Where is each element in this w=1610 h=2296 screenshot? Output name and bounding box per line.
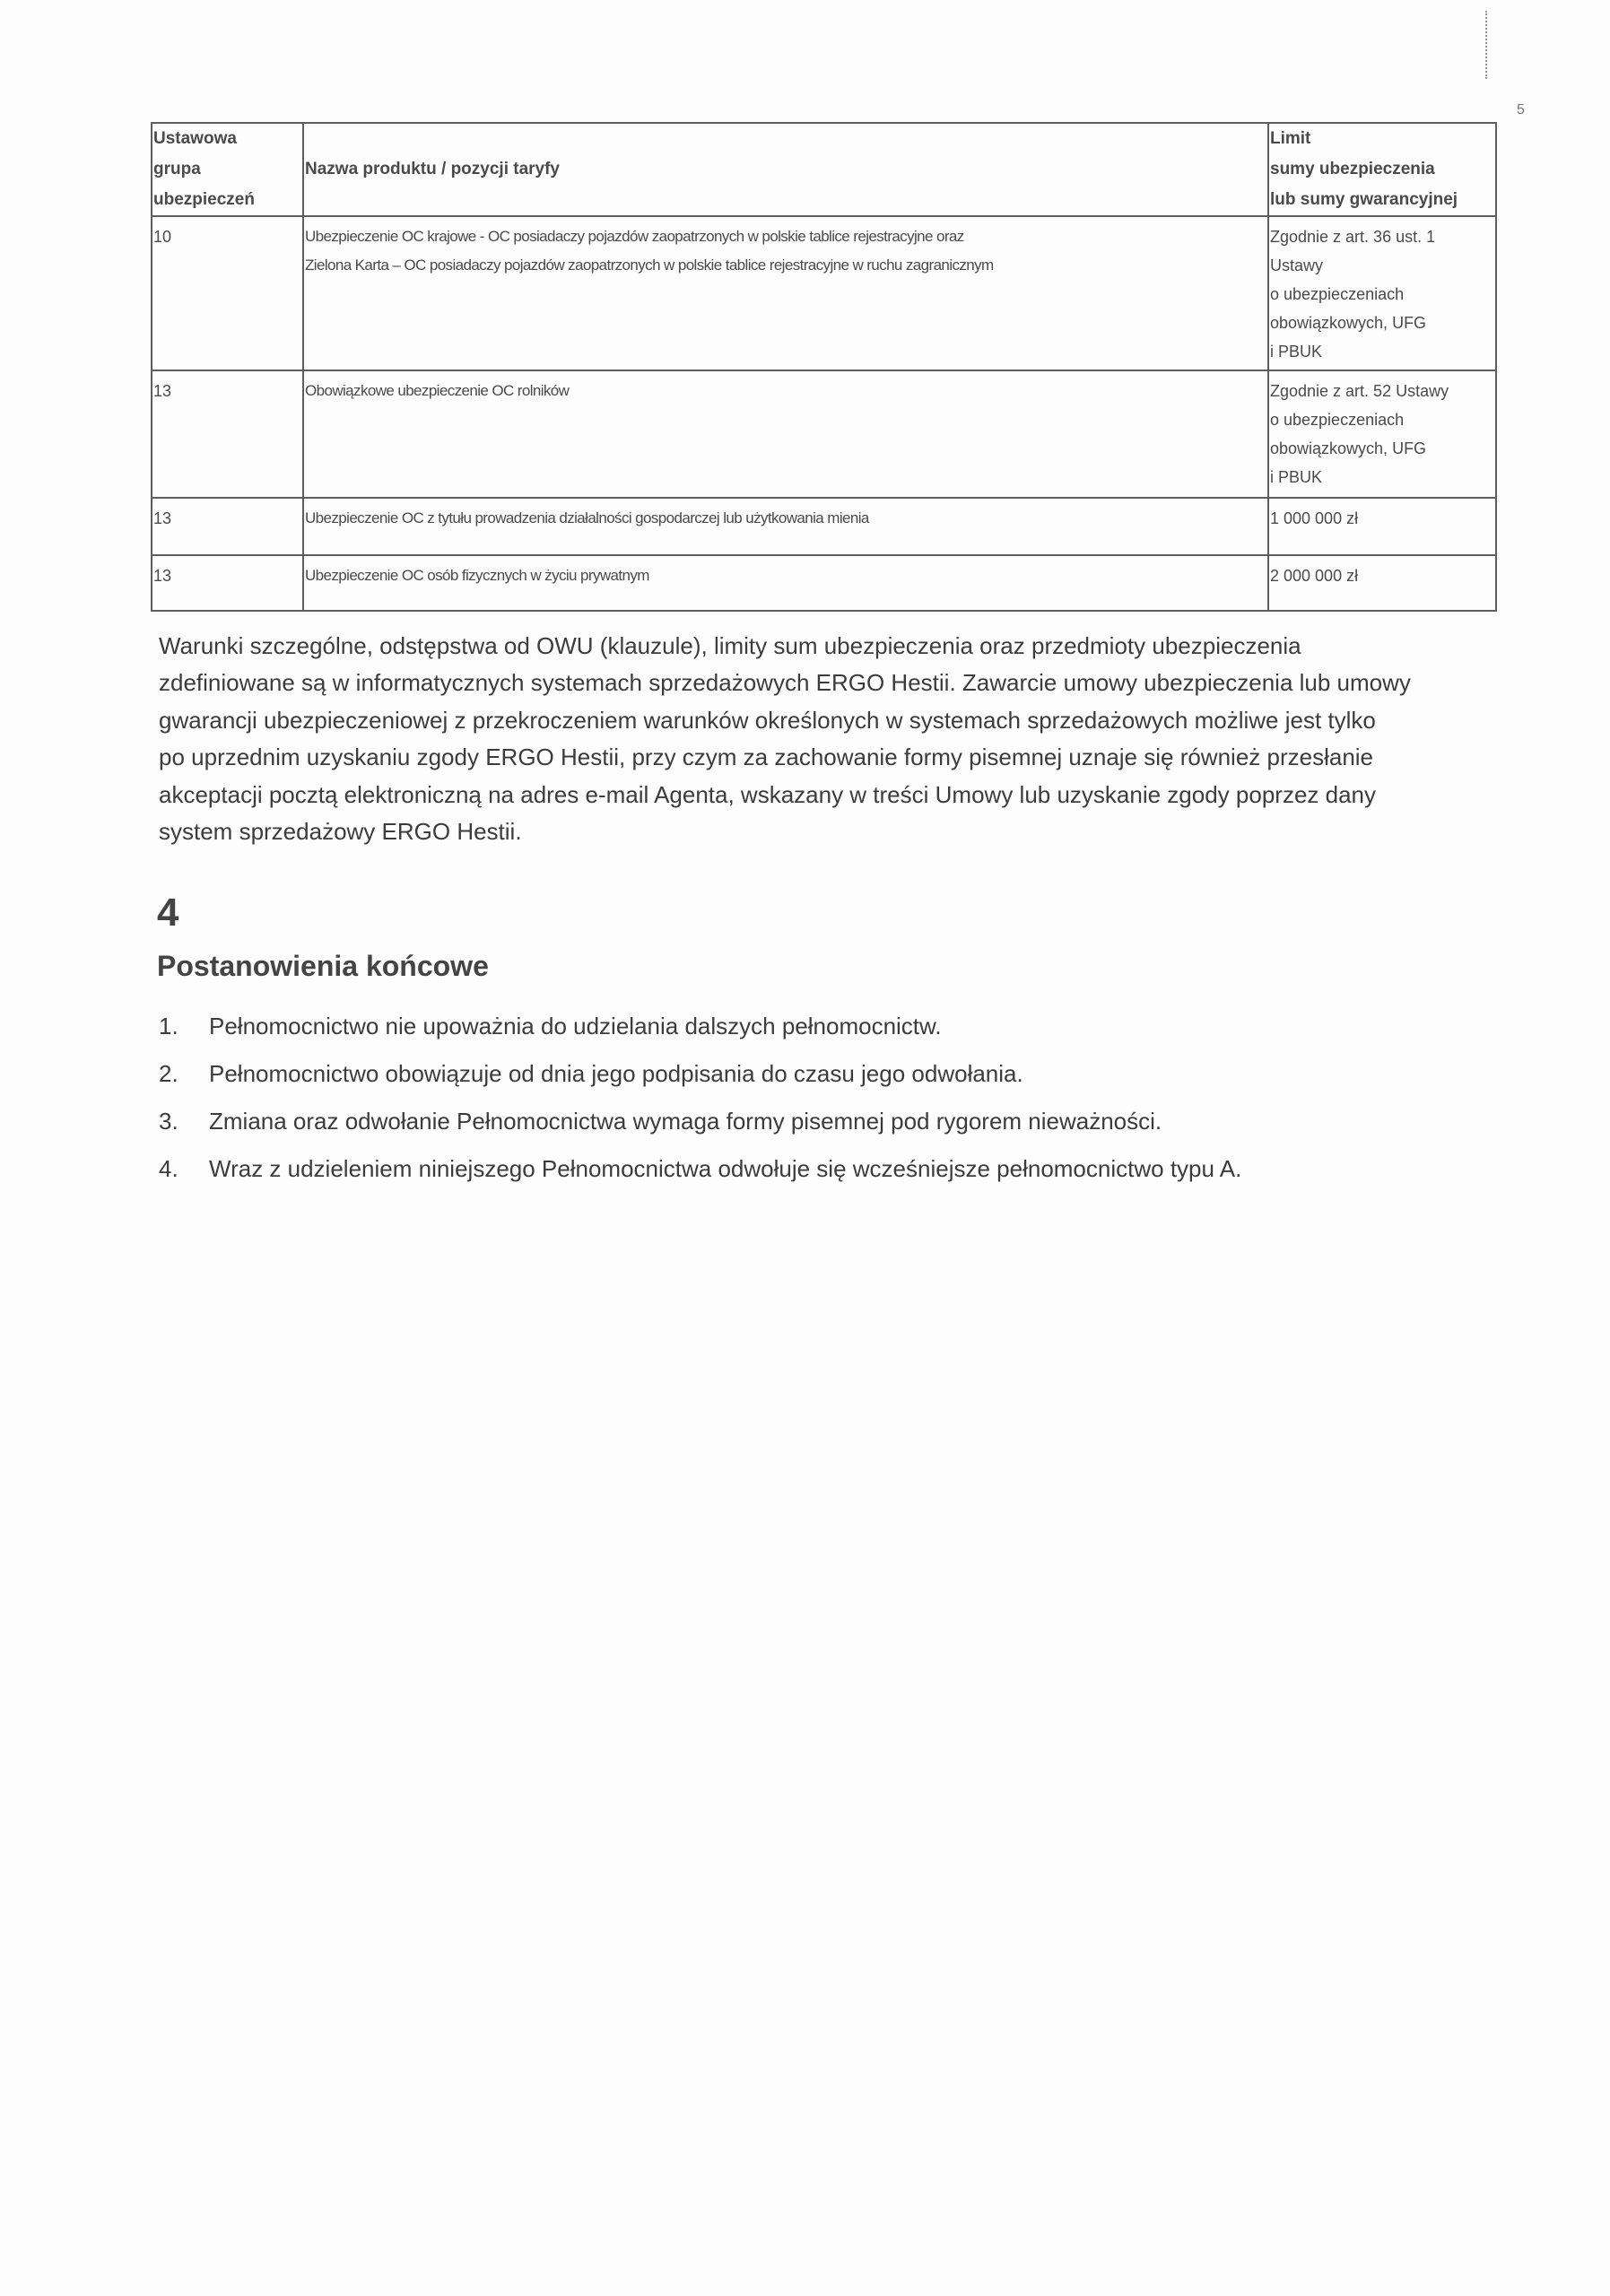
item-text: Zmiana oraz odwołanie Pełnomocnictwa wym… xyxy=(209,1105,1162,1137)
section-number: 4 xyxy=(157,891,178,935)
header-sum-limit: Limit sumy ubezpieczenia lub sumy gwaran… xyxy=(1268,123,1496,216)
cell-group: 10 xyxy=(152,216,303,370)
list-item: 4. Wraz z udzieleniem niniejszego Pełnom… xyxy=(159,1152,1459,1200)
item-number: 1. xyxy=(159,1010,178,1042)
cell-product: Ubezpieczenie OC z tytułu prowadzenia dz… xyxy=(303,498,1268,555)
page-number: 5 xyxy=(1517,102,1525,118)
header-statutory-group: Ustawowa grupa ubezpieczeń xyxy=(152,123,303,216)
cell-group: 13 xyxy=(152,370,303,498)
table-row: 13 Ubezpieczenie OC osób fizycznych w ży… xyxy=(152,555,1496,611)
cell-limit: Zgodnie z art. 36 ust. 1 Ustawy o ubezpi… xyxy=(1268,216,1496,370)
item-text: Wraz z udzieleniem niniejszego Pełnomocn… xyxy=(209,1152,1241,1185)
insurance-limits-table: Ustawowa grupa ubezpieczeń Nazwa produkt… xyxy=(151,122,1497,612)
list-item: 1. Pełnomocnictwo nie upoważnia do udzie… xyxy=(159,1010,1459,1057)
table-row: 13 Obowiązkowe ubezpieczenie OC rolników… xyxy=(152,370,1496,498)
item-number: 2. xyxy=(159,1057,178,1090)
conditions-paragraph: Warunki szczególne, odstępstwa od OWU (k… xyxy=(159,628,1468,850)
item-text: Pełnomocnictwo obowiązuje od dnia jego p… xyxy=(209,1057,1023,1090)
cell-limit: 2 000 000 zł xyxy=(1268,555,1496,611)
cell-product: Obowiązkowe ubezpieczenie OC rolników xyxy=(303,370,1268,498)
cell-group: 13 xyxy=(152,498,303,555)
item-number: 3. xyxy=(159,1105,178,1137)
list-item: 2. Pełnomocnictwo obowiązuje od dnia jeg… xyxy=(159,1057,1459,1105)
list-item: 3. Zmiana oraz odwołanie Pełnomocnictwa … xyxy=(159,1105,1459,1152)
item-number: 4. xyxy=(159,1152,178,1185)
cell-limit: 1 000 000 zł xyxy=(1268,498,1496,555)
table-row: 13 Ubezpieczenie OC z tytułu prowadzenia… xyxy=(152,498,1496,555)
cell-group: 13 xyxy=(152,555,303,611)
cell-product: Ubezpieczenie OC krajowe - OC posiadaczy… xyxy=(303,216,1268,370)
header-product-name: Nazwa produktu / pozycji taryfy xyxy=(303,123,1268,216)
cell-product: Ubezpieczenie OC osób fizycznych w życiu… xyxy=(303,555,1268,611)
table-row: 10 Ubezpieczenie OC krajowe - OC posiada… xyxy=(152,216,1496,370)
table-header-row: Ustawowa grupa ubezpieczeń Nazwa produkt… xyxy=(152,123,1496,216)
scan-margin-mark xyxy=(1485,11,1487,79)
item-text: Pełnomocnictwo nie upoważnia do udzielan… xyxy=(209,1010,942,1042)
section-title: Postanowienia końcowe xyxy=(157,950,489,983)
final-provisions-list: 1. Pełnomocnictwo nie upoważnia do udzie… xyxy=(159,1010,1459,1200)
cell-limit: Zgodnie z art. 52 Ustawy o ubezpieczenia… xyxy=(1268,370,1496,498)
